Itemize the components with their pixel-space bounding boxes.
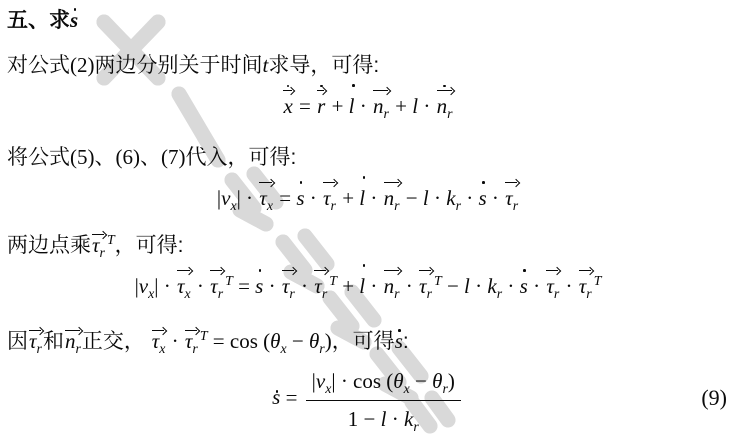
- math-subscript: r: [427, 286, 432, 301]
- math-variable-subscripted: θr: [309, 329, 325, 353]
- math-vector: x: [283, 84, 292, 128]
- formula-dot-product: |vx| · τx · τrT = s · τr · τrT + l · nr …: [0, 264, 736, 308]
- math-subscript: x: [159, 341, 165, 356]
- vector-arrow: [317, 84, 325, 92]
- math-operator: =: [294, 94, 316, 118]
- text-run: 求导，可得:: [268, 54, 379, 77]
- math-variable-subscripted: vx: [139, 274, 154, 298]
- math-operator: +: [337, 274, 359, 298]
- math-dotted-variable: s: [520, 264, 528, 308]
- math-operator: ·: [386, 407, 404, 431]
- paragraph-dot-product: 两边点乘τrT，可得:: [7, 228, 729, 263]
- fraction-denominator: 1 − l · kr: [306, 401, 461, 433]
- math-subscript: r: [513, 198, 518, 213]
- math-vector: τr: [185, 324, 198, 358]
- vector-arrow: [29, 324, 42, 332]
- math-operator: ·: [192, 274, 210, 298]
- document-content: 五、求s 对公式(2)两边分别关于时间t求导，可得: x = r + l · n…: [0, 0, 736, 441]
- math-dotted-variable: s: [272, 385, 280, 410]
- dot-mark: [482, 181, 485, 184]
- math-vector: nr: [437, 84, 453, 128]
- math-variable: τr: [419, 274, 432, 298]
- math-superscript: T: [200, 328, 208, 343]
- math-variable: τr: [579, 274, 592, 298]
- math-variable: τr: [546, 274, 559, 298]
- math-vector: nr: [384, 176, 400, 220]
- math-subscript: r: [218, 286, 223, 301]
- math-variable-subscripted: vx: [316, 369, 331, 393]
- math-operator: | ·: [237, 186, 259, 210]
- math-subscript: r: [75, 341, 80, 356]
- text-run: 因: [7, 330, 28, 353]
- paragraph-derivative-intro: 对公式(2)两边分别关于时间t求导，可得:: [7, 48, 729, 83]
- math-operator: =: [280, 385, 302, 409]
- dot-mark: [300, 181, 303, 184]
- dot-mark: [363, 264, 366, 267]
- math-dotted-variable: s: [478, 176, 486, 220]
- math-variable: nr: [437, 94, 453, 118]
- math-operator: +: [390, 94, 412, 118]
- math-operator: −: [410, 369, 432, 393]
- text-run: 、: [140, 146, 161, 169]
- vector-arrow: [65, 324, 81, 332]
- math-dotted-variable: s: [255, 264, 263, 308]
- formula-result: s = |vx| · cos (θx − θr)1 − l · kr: [0, 366, 736, 433]
- math-vector: nr: [65, 324, 81, 358]
- math-fraction: |vx| · cos (θx − θr)1 − l · kr: [306, 366, 461, 433]
- math-operator: 1 −: [348, 407, 381, 431]
- math-variable: τr: [282, 274, 295, 298]
- math-operator: +: [337, 186, 359, 210]
- math-variable-subscripted: kr: [404, 407, 419, 431]
- math-operator: ·: [263, 274, 281, 298]
- dot-mark: [74, 8, 77, 11]
- math-operator: ·: [487, 186, 505, 210]
- math-subscript: x: [185, 286, 191, 301]
- paragraph-substitute: 将公式(5)、(6)、(7)代入，可得:: [7, 140, 729, 175]
- text-run: 五、求: [7, 9, 70, 32]
- math-vector: τr: [419, 264, 432, 308]
- math-vector: nr: [384, 264, 400, 308]
- math-vector: τr: [546, 264, 559, 308]
- math-vector: τr: [29, 324, 42, 358]
- math-subscript: r: [554, 286, 559, 301]
- math-variable: nr: [384, 186, 400, 210]
- math-subscript: r: [322, 286, 327, 301]
- math-vector: nr: [373, 84, 389, 128]
- math-variable: nr: [384, 274, 400, 298]
- math-subscript: r: [37, 341, 42, 356]
- math-variable-subscripted: θr: [432, 369, 448, 393]
- text-run: 两边分别关于时间: [95, 54, 263, 77]
- math-subscript: r: [413, 419, 418, 434]
- math-dotted-variable: s: [70, 3, 78, 37]
- math-operator: (2): [70, 53, 95, 77]
- text-run: 代入，可得:: [186, 146, 297, 169]
- math-operator: ·: [355, 94, 373, 118]
- dot-mark: [363, 176, 366, 179]
- math-operator: | · cos (: [331, 369, 393, 393]
- math-subscript: r: [289, 286, 294, 301]
- text-run: 两边点乘: [7, 234, 91, 257]
- math-operator: −: [442, 274, 464, 298]
- dot-mark: [259, 269, 262, 272]
- math-variable: τr: [323, 186, 336, 210]
- text-run: :: [403, 330, 409, 353]
- math-operator: = cos (: [208, 329, 271, 353]
- formula-substituted: |vx| · τx = s · τr + l · nr − l · kr · s…: [0, 176, 736, 220]
- math-subscript: r: [394, 198, 399, 213]
- math-superscript: T: [225, 273, 233, 288]
- math-subscript: r: [192, 341, 197, 356]
- math-operator: ·: [470, 274, 488, 298]
- math-vector: τr: [282, 264, 295, 308]
- vector-arrow: [210, 264, 223, 272]
- math-vector: τx: [259, 176, 273, 220]
- fraction-numerator: |vx| · cos (θx − θr): [306, 366, 461, 401]
- vector-arrow: [437, 84, 453, 92]
- math-dotted-variable: l: [359, 264, 365, 308]
- vector-arrow: [259, 176, 273, 184]
- math-dotted-variable: l: [359, 176, 365, 220]
- vector-arrow: [314, 264, 327, 272]
- vector-arrow: [505, 176, 518, 184]
- vector-arrow: [323, 176, 336, 184]
- math-variable-subscripted: kr: [487, 274, 502, 298]
- vector-arrow: [185, 324, 198, 332]
- math-vector: τr: [210, 264, 223, 308]
- math-subscript: r: [586, 286, 591, 301]
- vector-arrow: [177, 264, 191, 272]
- dot-mark: [276, 390, 279, 393]
- math-operator: ·: [502, 274, 520, 298]
- vector-arrow: [282, 264, 295, 272]
- math-operator: ·: [429, 186, 447, 210]
- math-operator: ·: [365, 274, 383, 298]
- math-operator: −: [401, 186, 423, 210]
- vector-arrow: [384, 176, 400, 184]
- math-operator: ): [448, 369, 455, 393]
- vector-arrow: [546, 264, 559, 272]
- math-operator: ·: [560, 274, 578, 298]
- math-operator: ·: [296, 274, 314, 298]
- math-vector: τx: [177, 264, 191, 308]
- math-variable: τr: [505, 186, 518, 210]
- math-subscript: r: [447, 106, 452, 121]
- math-operator: (5): [70, 145, 95, 169]
- text-run: 和: [43, 330, 64, 353]
- text-run: 将公式: [7, 146, 70, 169]
- math-vector: τr: [92, 228, 105, 262]
- dot-mark: [352, 84, 355, 87]
- vector-arrow: [579, 264, 592, 272]
- math-vector: r: [317, 84, 325, 128]
- math-subscript: r: [331, 198, 336, 213]
- math-operator: −: [287, 329, 309, 353]
- math-dotted-variable: s: [296, 176, 304, 220]
- dot-mark: [523, 269, 526, 272]
- math-variable-subscripted: θx: [393, 369, 409, 393]
- dot-mark: [398, 329, 401, 332]
- math-variable-subscripted: kr: [446, 186, 461, 210]
- math-dotted-variable: l: [349, 84, 355, 128]
- math-subscript: r: [384, 106, 389, 121]
- math-subscript: x: [267, 198, 273, 213]
- text-run: ，可得:: [115, 234, 184, 257]
- math-operator: ): [325, 329, 332, 353]
- math-superscript: T: [594, 273, 602, 288]
- math-vector: τr: [323, 176, 336, 220]
- math-variable: τx: [259, 186, 273, 210]
- paragraph-orthogonal: 因τr和nr正交， τx · τrT = cos (θx − θr)，可得s:: [7, 324, 729, 359]
- math-superscript: T: [329, 273, 337, 288]
- math-superscript: T: [434, 273, 442, 288]
- math-superscript: T: [107, 232, 115, 247]
- math-operator: ·: [365, 186, 383, 210]
- math-variable: x: [283, 94, 292, 118]
- math-operator: ·: [418, 94, 436, 118]
- equation-number: (9): [701, 386, 727, 410]
- document-page: 五、求s 对公式(2)两边分别关于时间t求导，可得: x = r + l · n…: [0, 0, 736, 441]
- vector-arrow: [373, 84, 389, 92]
- text-run: 、: [95, 146, 116, 169]
- math-operator: ·: [305, 186, 323, 210]
- math-variable: τx: [177, 274, 191, 298]
- vector-arrow: [283, 84, 292, 92]
- text-run: ，可得: [332, 330, 395, 353]
- math-operator: =: [233, 274, 255, 298]
- math-variable: r: [317, 94, 325, 118]
- math-vector: τr: [579, 264, 592, 308]
- math-variable: nr: [373, 94, 389, 118]
- math-vector: τr: [314, 264, 327, 308]
- text-run: 对公式: [7, 54, 70, 77]
- math-variable-subscripted: θx: [270, 329, 286, 353]
- math-dotted-variable: s: [395, 324, 403, 358]
- math-operator: (7): [161, 145, 186, 169]
- vector-arrow: [152, 324, 166, 332]
- math-operator: ·: [401, 274, 419, 298]
- math-operator: +: [326, 94, 348, 118]
- math-variable: τr: [210, 274, 223, 298]
- math-operator: (6): [116, 145, 141, 169]
- math-variable: τr: [314, 274, 327, 298]
- math-subscript: r: [394, 286, 399, 301]
- math-subscript: r: [100, 245, 105, 260]
- vector-arrow: [419, 264, 432, 272]
- vector-arrow: [384, 264, 400, 272]
- math-operator: | ·: [154, 274, 176, 298]
- text-run: 正交，: [82, 330, 151, 353]
- math-operator: =: [274, 186, 296, 210]
- math-vector: τx: [152, 324, 166, 358]
- math-operator: ·: [166, 329, 184, 353]
- vector-arrow: [92, 228, 105, 236]
- math-operator: ·: [461, 186, 479, 210]
- formula-derivative: x = r + l · nr + l · nr: [0, 84, 736, 128]
- section-title: 五、求s: [7, 3, 729, 38]
- math-variable-subscripted: vx: [221, 186, 236, 210]
- math-operator: ·: [528, 274, 546, 298]
- math-vector: τr: [505, 176, 518, 220]
